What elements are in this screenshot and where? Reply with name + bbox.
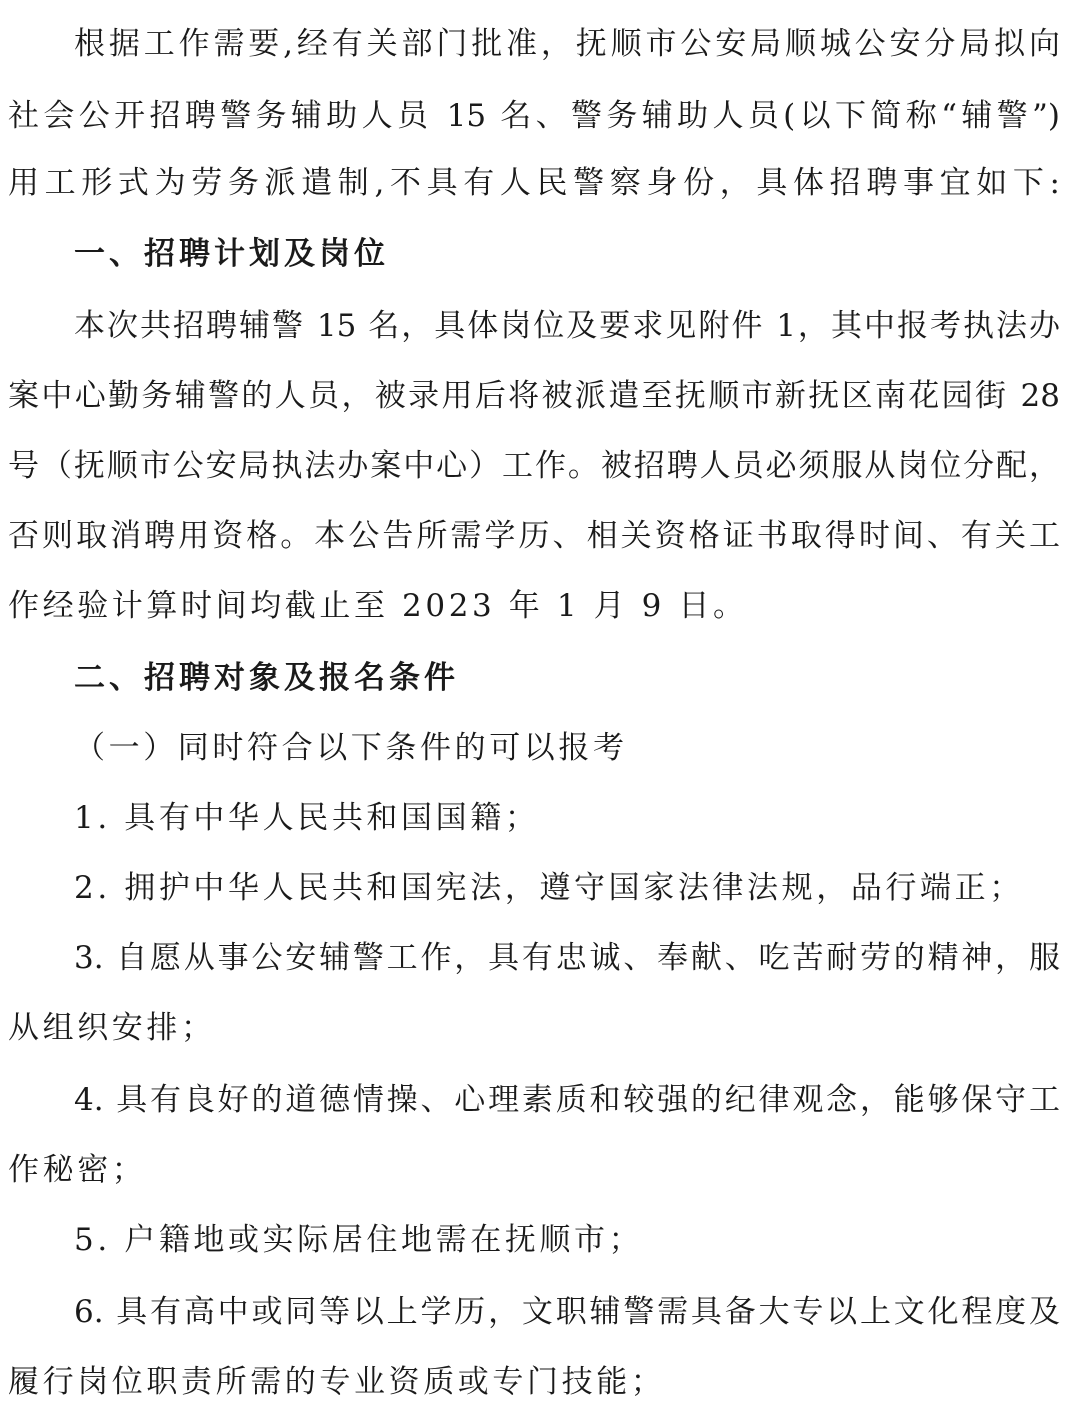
condition-item-4-line-2: 作秘密； xyxy=(8,1148,1060,1192)
condition-item-6-line-1: 6. 具有高中或同等以上学历，文职辅警需具备大专以上文化程度及 xyxy=(74,1290,1060,1334)
condition-item-2: 2. 拥护中华人民共和国宪法，遵守国家法律法规，品行端正； xyxy=(74,866,1060,910)
intro-line-1: 根据工作需要,经有关部门批准，抚顺市公安局顺城公安分局拟向 xyxy=(74,22,1060,66)
section-1-line-2: 案中心勤务辅警的人员，被录用后将被派遣至抚顺市新抚区南花园街 28 xyxy=(8,374,1060,418)
condition-item-6-line-2: 履行岗位职责所需的专业资质或专门技能； xyxy=(8,1360,1060,1404)
section-2-subheading: （一）同时符合以下条件的可以报考 xyxy=(74,726,1060,770)
intro-line-2: 社会公开招聘警务辅助人员 15 名、警务辅助人员(以下简称“辅警”) xyxy=(8,94,1060,138)
condition-item-3-line-2: 从组织安排； xyxy=(8,1006,1060,1050)
condition-item-5: 5. 户籍地或实际居住地需在抚顺市； xyxy=(74,1218,1060,1262)
intro-line-3: 用工形式为劳务派遣制,不具有人民警察身份，具体招聘事宜如下: xyxy=(8,161,1060,205)
section-1-line-3: 号（抚顺市公安局执法办案中心）工作。被招聘人员必须服从岗位分配， xyxy=(8,444,1060,488)
section-1-line-4: 否则取消聘用资格。本公告所需学历、相关资格证书取得时间、有关工 xyxy=(8,514,1060,558)
condition-item-4-line-1: 4. 具有良好的道德情操、心理素质和较强的纪律观念，能够保守工 xyxy=(74,1078,1060,1122)
section-2-heading: 二、招聘对象及报名条件 xyxy=(74,656,1060,700)
section-1-heading: 一、招聘计划及岗位 xyxy=(74,232,1060,276)
section-1-line-5: 作经验计算时间均截止至 2023 年 1 月 9 日。 xyxy=(8,584,1060,628)
condition-item-3-line-1: 3. 自愿从事公安辅警工作，具有忠诚、奉献、吃苦耐劳的精神，服 xyxy=(74,936,1060,980)
condition-item-1: 1. 具有中华人民共和国国籍； xyxy=(74,796,1060,840)
section-1-line-1: 本次共招聘辅警 15 名，具体岗位及要求见附件 1，其中报考执法办 xyxy=(74,304,1060,348)
